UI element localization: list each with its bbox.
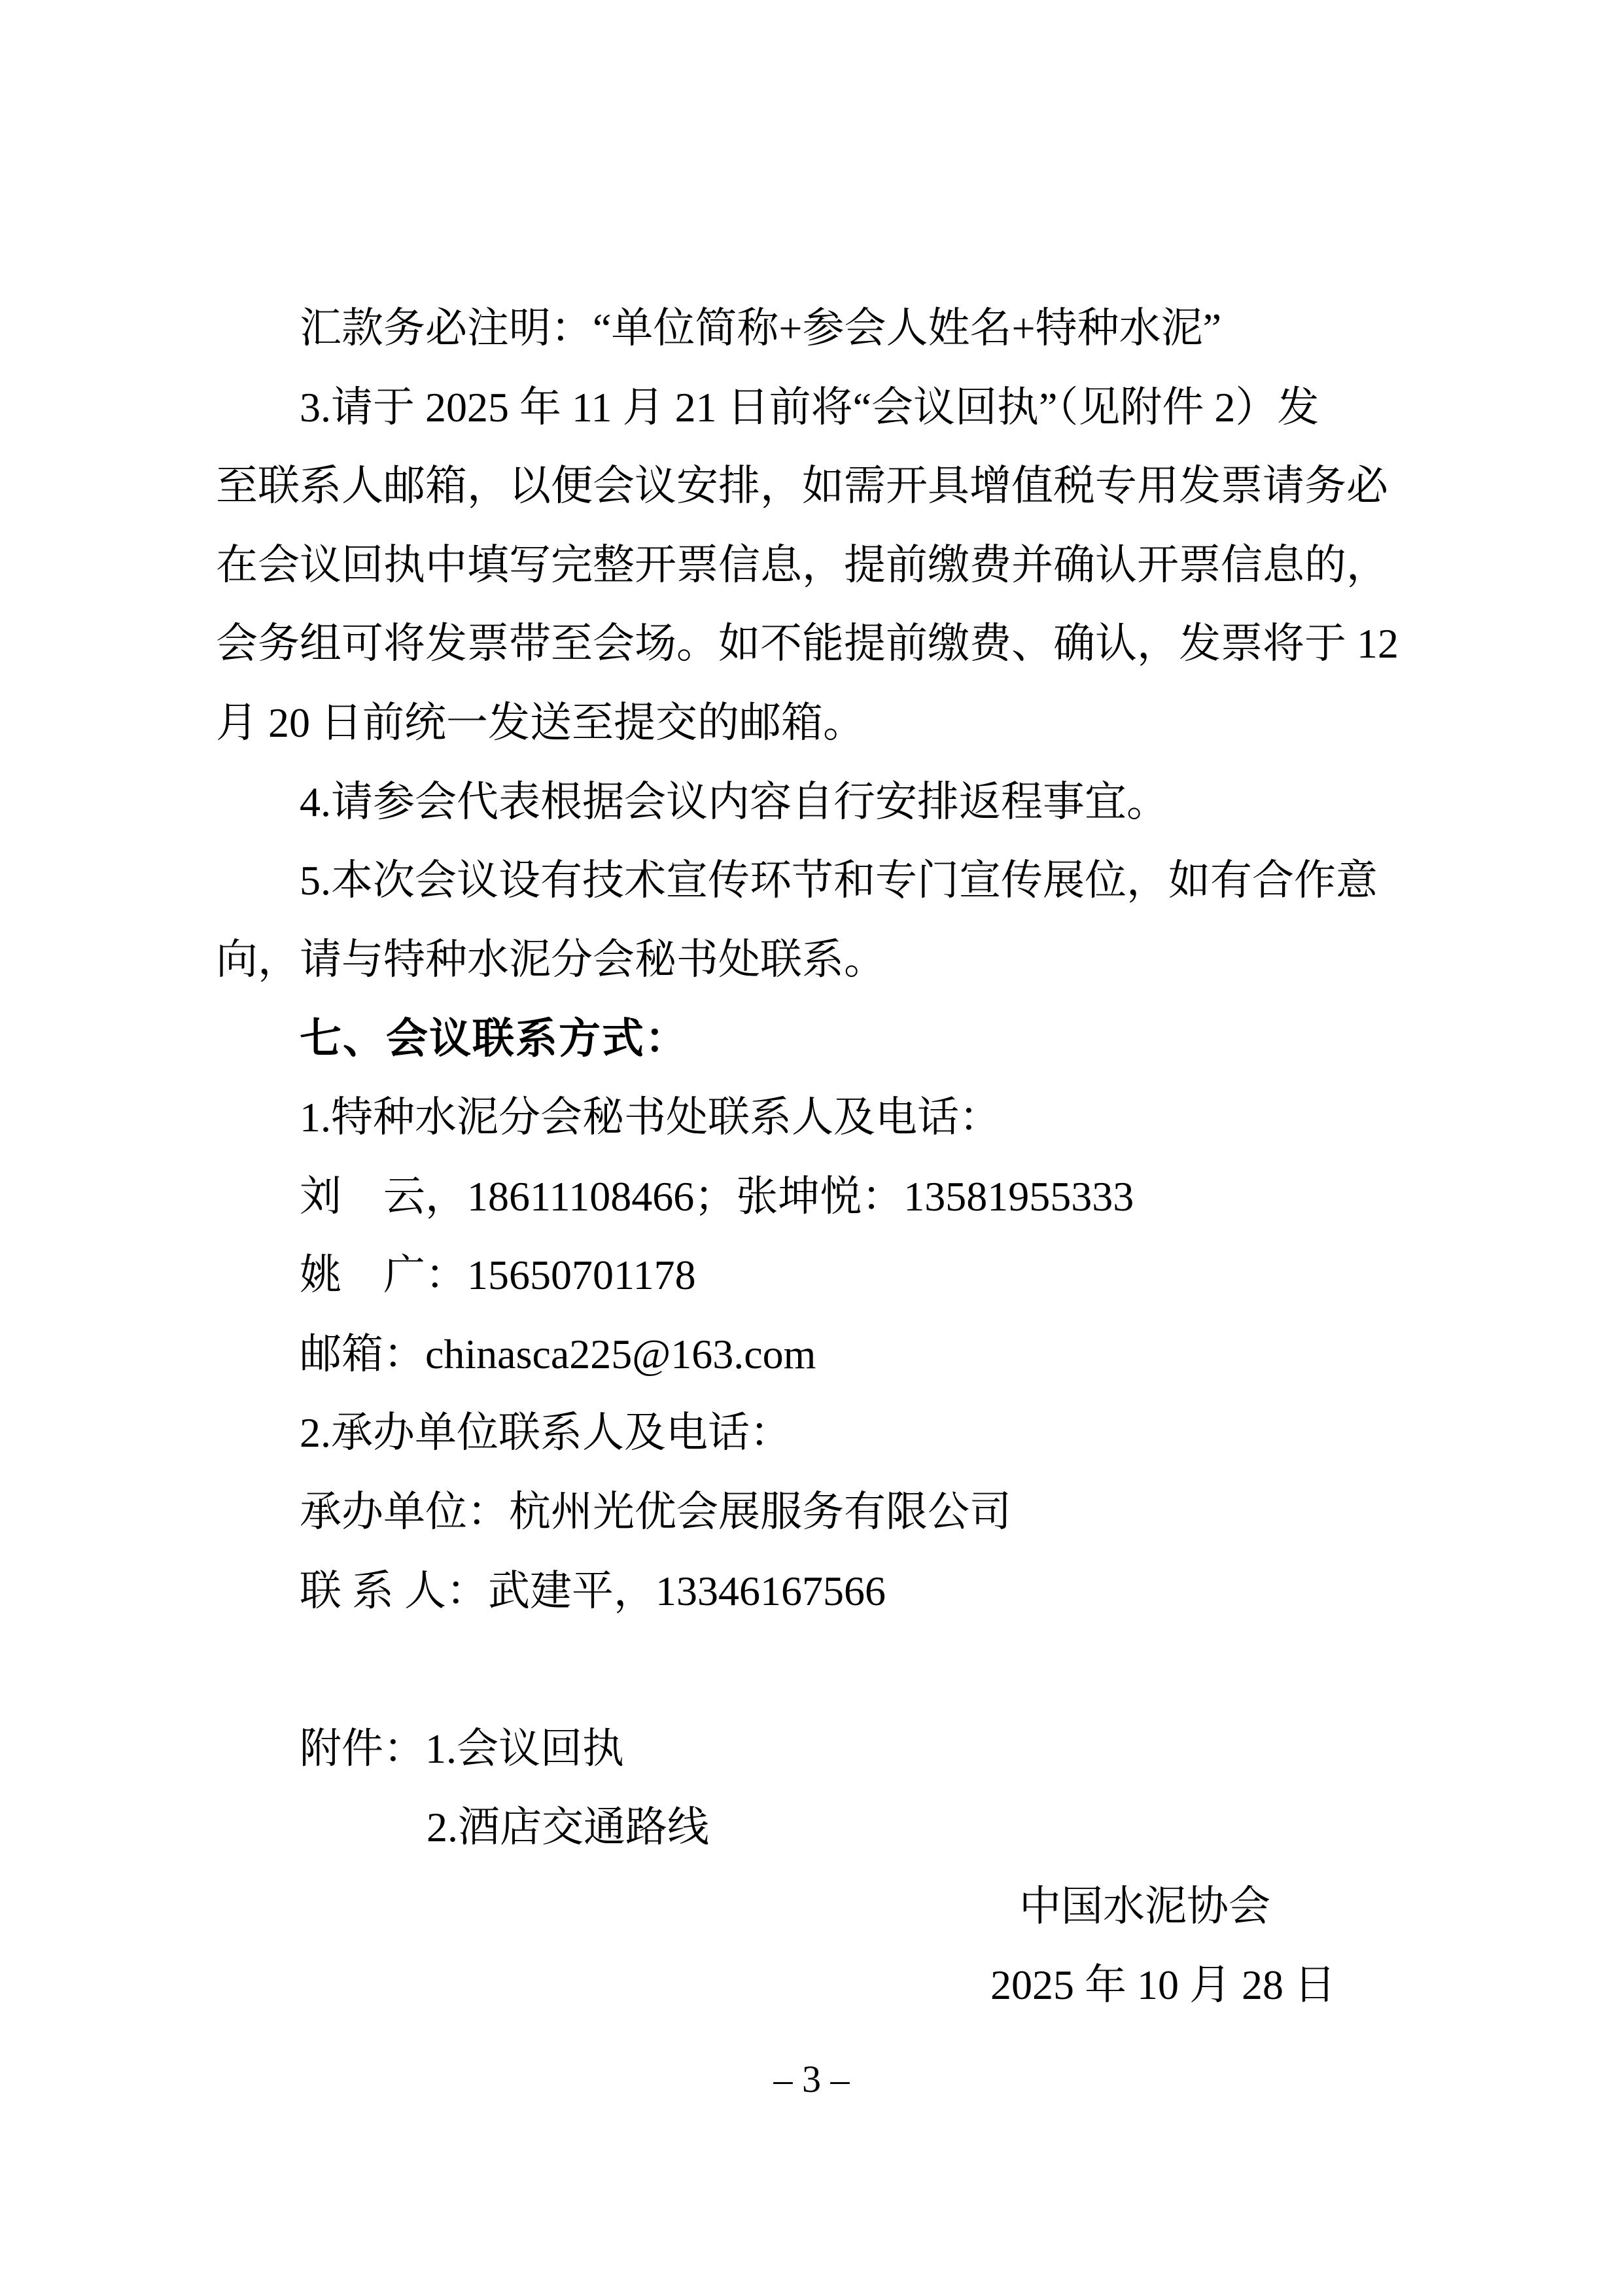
section7-heading: 七、会议联系方式： [216,999,1420,1078]
item4-line: 4.请参会代表根据会议内容自行安排返程事宜。 [216,763,1420,842]
secretariat-email-line: 邮箱：chinasca225@163.com [216,1315,1420,1394]
item3-line-3: 在会议回执中填写完整开票信息，提前缴费并确认开票信息的， [216,526,1420,605]
signature-organization: 中国水泥协会 [216,1867,1420,1947]
organizer-intro-line: 2.承办单位联系人及电话： [216,1394,1420,1473]
secretariat-contact-line-1: 刘 云，18611108466；张坤悦：13581955333 [216,1157,1420,1237]
remittance-note-line: 汇款务必注明：“单位简称+参会人姓名+特种水泥” [216,289,1420,368]
item3-line-4: 会务组可将发票带至会场。如不能提前缴费、确认，发票将于 12 [216,605,1420,684]
signature-date: 2025 年 10 月 28 日 [216,1946,1420,2025]
item3-line-5: 月 20 日前统一发送至提交的邮箱。 [216,684,1420,763]
secretariat-contact-line-2: 姚 广：15650701178 [216,1236,1420,1315]
document-page: 汇款务必注明：“单位简称+参会人姓名+特种水泥” 3.请于 2025 年 11 … [0,0,1623,2296]
item5-line-1: 5.本次会议设有技术宣传环节和专门宣传展位，如有合作意 [216,841,1420,921]
attachments-line-2: 2.酒店交通路线 [216,1788,1420,1867]
attachments-line-1: 附件：1.会议回执 [216,1710,1420,1789]
item3-line-1: 3.请于 2025 年 11 月 21 日前将“会议回执”（见附件 2）发 [216,368,1420,448]
organizer-company-line: 承办单位：杭州光优会展服务有限公司 [216,1473,1420,1552]
organizer-contact-line: 联 系 人：武建平，13346167566 [216,1552,1420,1631]
item3-line-2: 至联系人邮箱，以便会议安排，如需开具增值税专用发票请务必 [216,447,1420,526]
page-number: – 3 – [0,2040,1623,2119]
document-body: 汇款务必注明：“单位简称+参会人姓名+特种水泥” 3.请于 2025 年 11 … [216,289,1420,2025]
blank-line [216,1631,1420,1710]
item5-line-2: 向，请与特种水泥分会秘书处联系。 [216,921,1420,1000]
secretariat-intro-line: 1.特种水泥分会秘书处联系人及电话： [216,1078,1420,1157]
